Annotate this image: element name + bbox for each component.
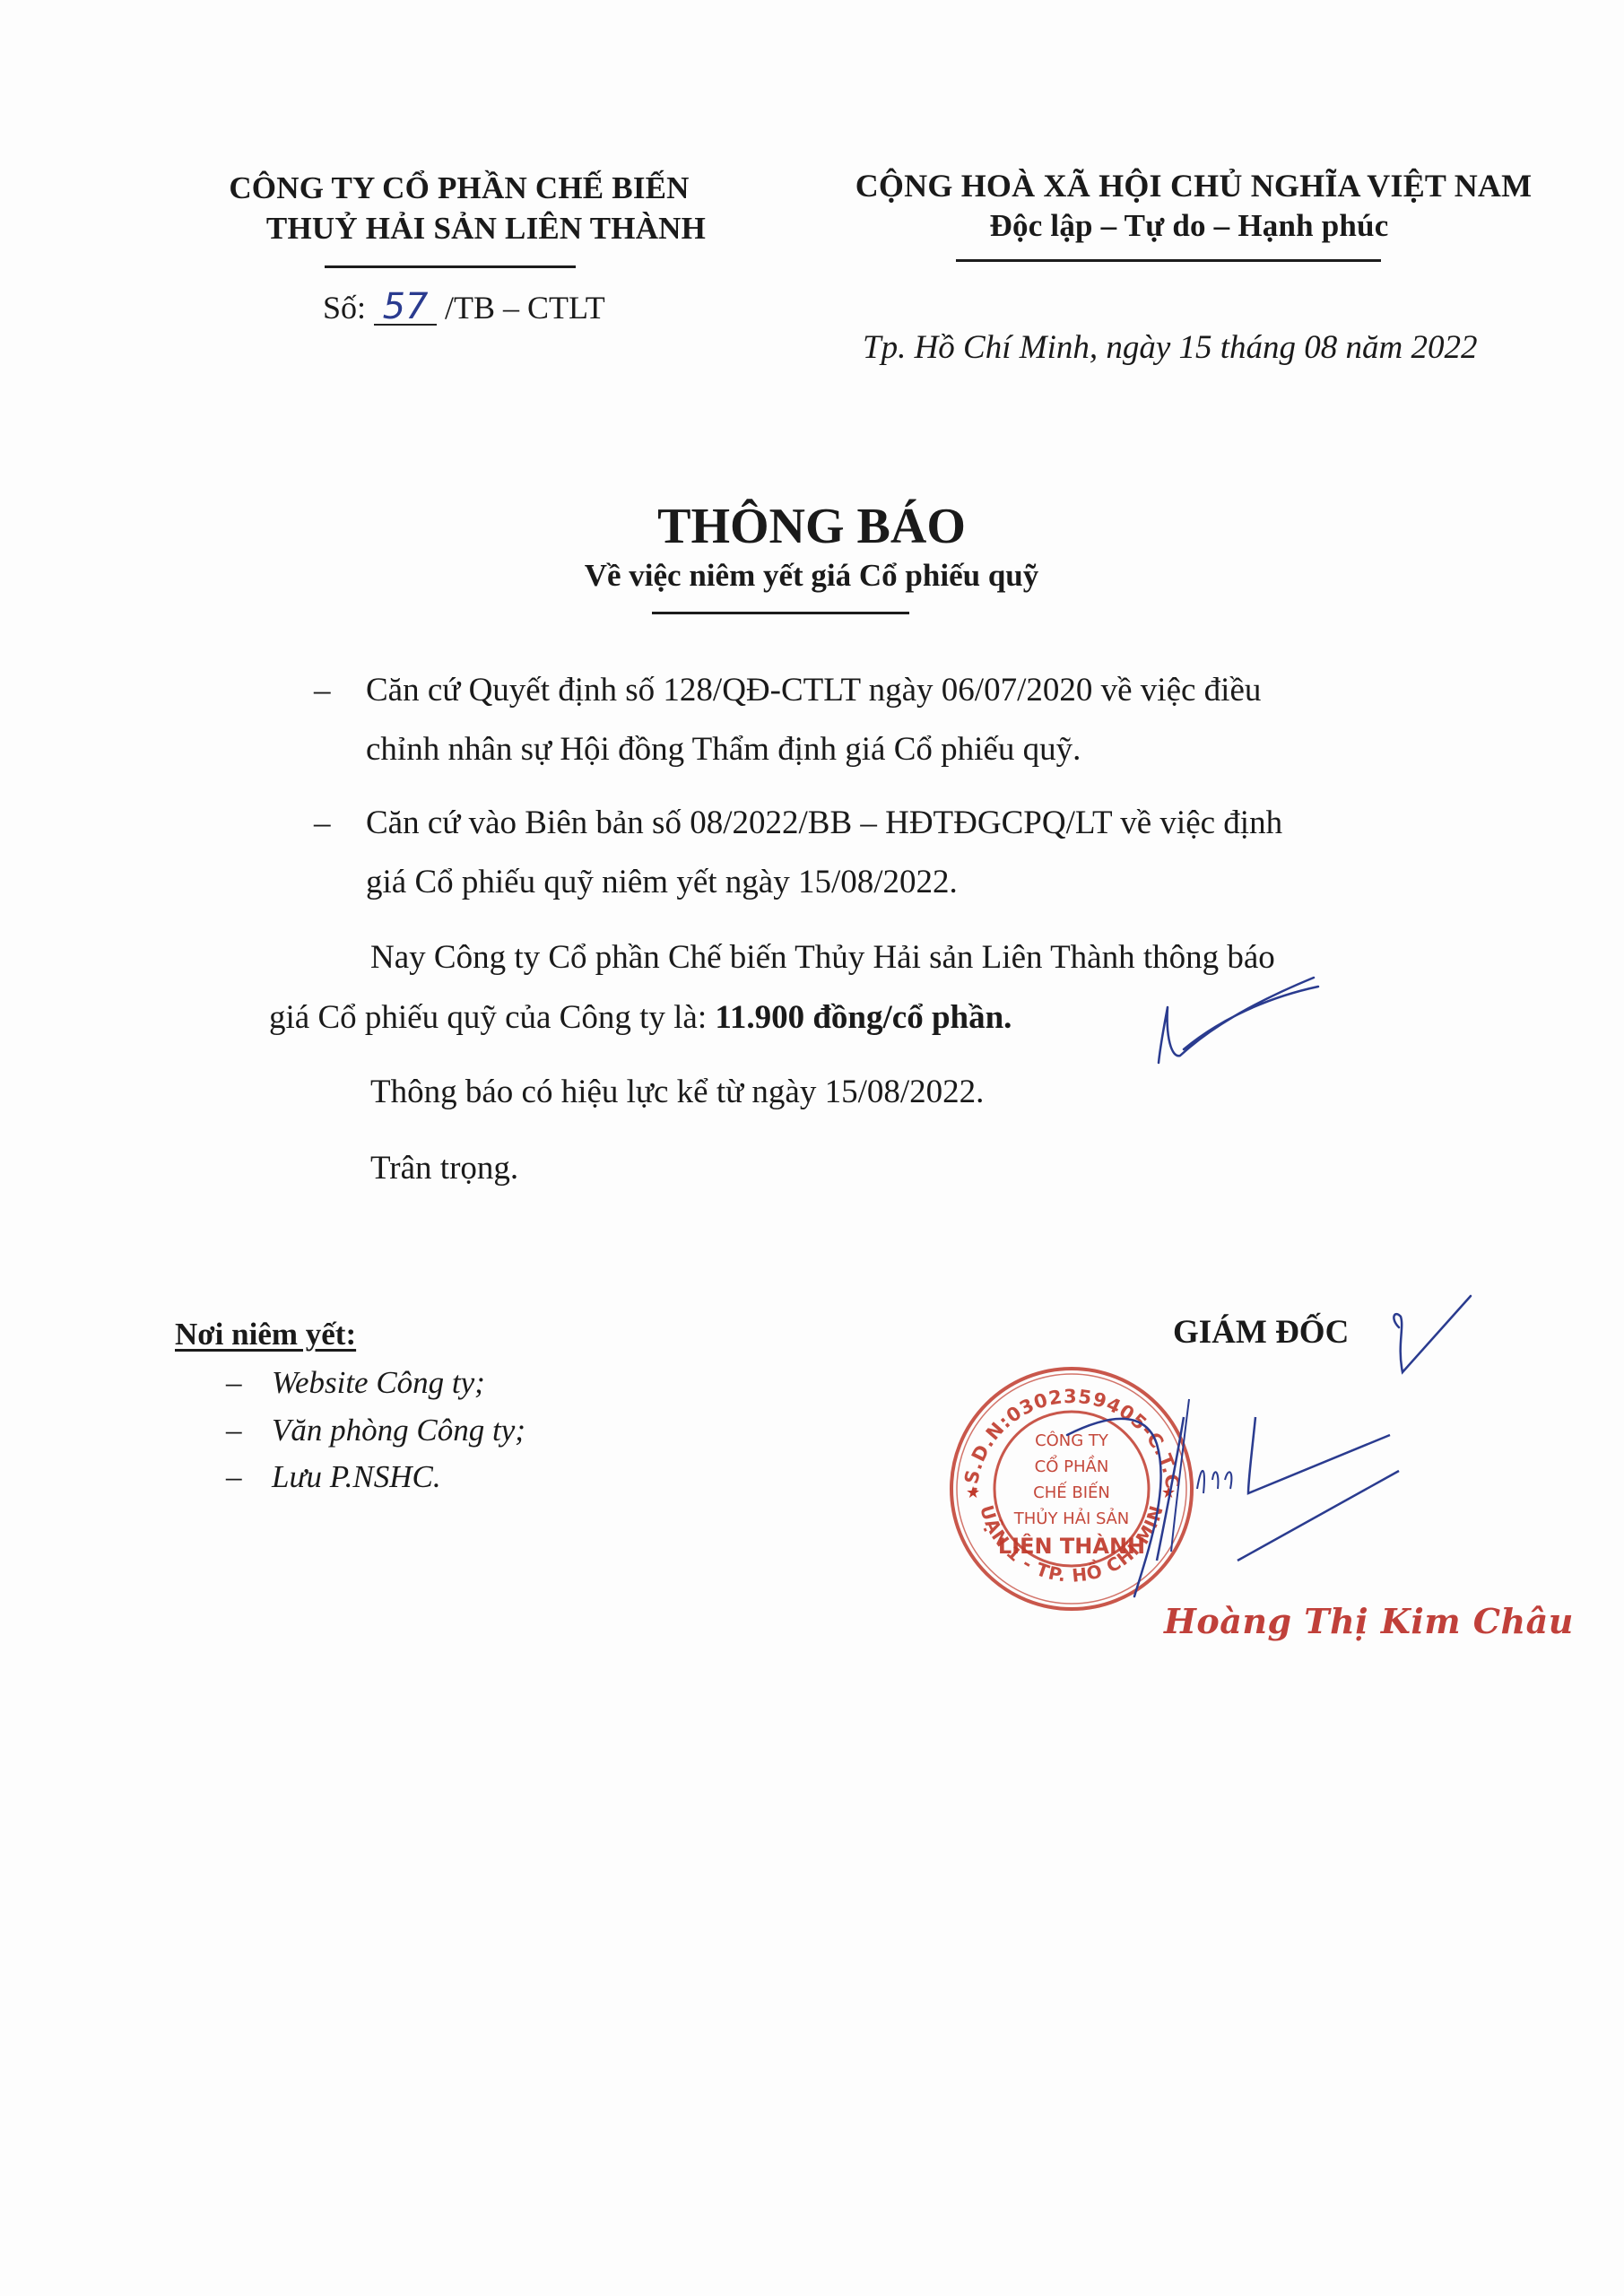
announcement-line2: giá Cổ phiếu quỹ của Công ty là: 11.900 … [269,998,1012,1037]
basis-2-dash: – [314,804,331,842]
header-left-rule [325,265,576,268]
number-suffix: /TB – CTLT [445,290,605,326]
signatory-title: GIÁM ĐỐC [1173,1313,1349,1352]
basis-1-line2: chỉnh nhân sự Hội đồng Thẩm định giá Cổ … [366,730,1081,769]
svg-text:★: ★ [966,1483,980,1502]
number-prefix: Số: [323,290,366,326]
place-date: Tp. Hồ Chí Minh, ngày 15 tháng 08 năm 20… [863,328,1478,367]
recipient-3: Lưu P.NSHC. [272,1459,441,1495]
price-value: 11.900 đồng/cổ phần. [715,999,1012,1036]
director-signature-icon [1013,1381,1498,1614]
effective-statement: Thông báo có hiệu lực kể từ ngày 15/08/2… [370,1073,984,1111]
title-rule [652,612,909,614]
recipient-3-dash: – [226,1459,242,1495]
basis-1-dash: – [314,671,331,709]
announcement-line2-prefix: giá Cổ phiếu quỹ của Công ty là: [269,999,715,1036]
document-number: Số: 57 /TB – CTLT [323,289,605,326]
notice-title: THÔNG BÁO [657,498,966,555]
company-name-line1: CÔNG TY CỔ PHẦN CHẾ BIẾN [229,170,689,206]
recipient-2: Văn phòng Công ty; [272,1413,525,1448]
recipient-1: Website Công ty; [272,1365,485,1401]
company-name-line2: THUỶ HẢI SẢN LIÊN THÀNH [266,211,706,247]
basis-2-line2: giá Cổ phiếu quỹ niêm yết ngày 15/08/202… [366,863,958,901]
title-tick-signature-icon [1381,1291,1480,1381]
number-handwritten: 57 [374,290,437,326]
recipient-1-dash: – [226,1365,242,1401]
recipients-label: Nơi niêm yết: [175,1317,356,1352]
signatory-name: Hoàng Thị Kim Châu [1164,1601,1574,1641]
initials-signature-icon [1148,973,1327,1072]
recipient-2-dash: – [226,1413,242,1448]
announcement-line1: Nay Công ty Cổ phần Chế biến Thủy Hải sả… [370,938,1275,977]
notice-subtitle: Về việc niêm yết giá Cổ phiếu quỹ [585,558,1039,594]
basis-2-line1: Căn cứ vào Biên bản số 08/2022/BB – HĐTĐ… [366,804,1282,842]
nation-motto: Độc lập – Tự do – Hạnh phúc [990,208,1389,244]
nation-title: CỘNG HOÀ XÃ HỘI CHỦ NGHĨA VIỆT NAM [855,167,1533,204]
basis-1-line1: Căn cứ Quyết định số 128/QĐ-CTLT ngày 06… [366,671,1261,709]
closing-text: Trân trọng. [370,1149,518,1187]
header-right-rule [956,259,1381,262]
